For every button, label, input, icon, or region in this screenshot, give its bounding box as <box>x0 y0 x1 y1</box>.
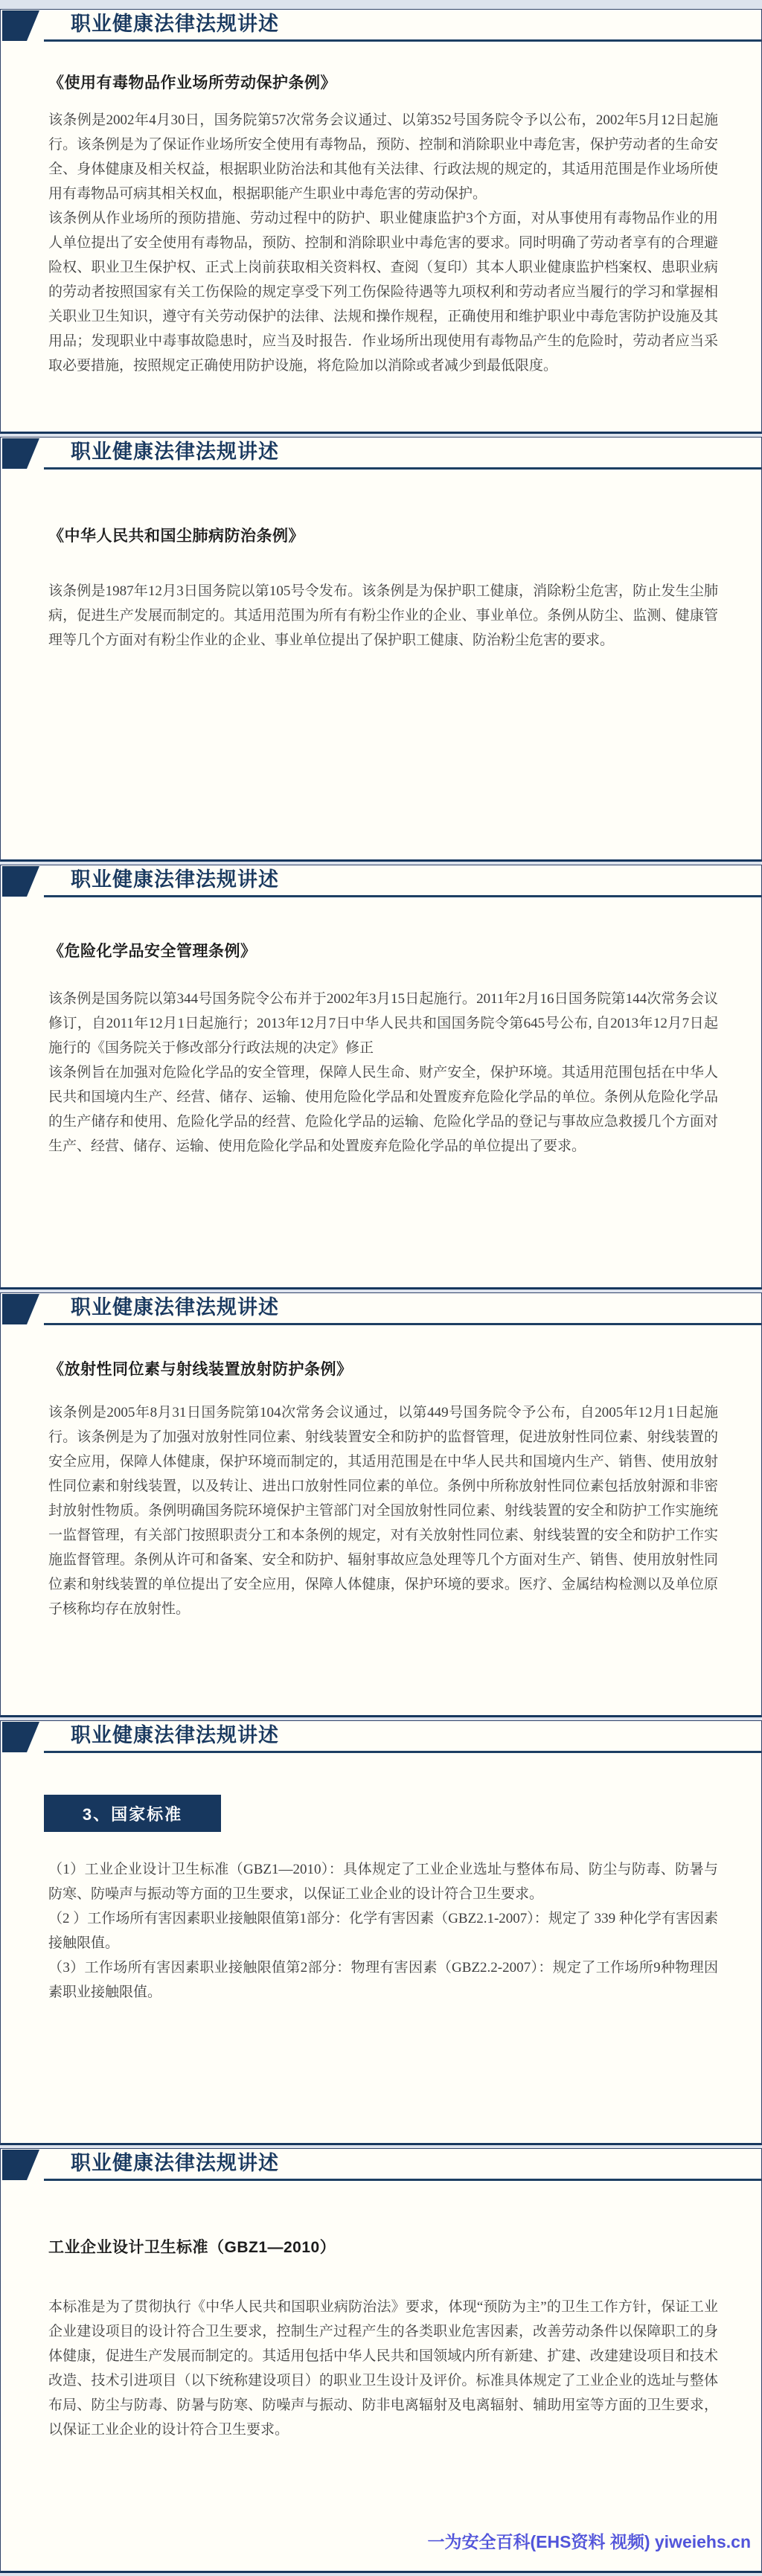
slide-3-header: 职业健康法律法规讲述 <box>1 865 761 898</box>
slide-5-header: 职业健康法律法规讲述 <box>1 1721 761 1754</box>
slides-column: 职业健康法律法规讲述 《使用有毒物品作业场所劳动保护条例》 该条例是2002年4… <box>0 9 762 2573</box>
slide-2-card: 职业健康法律法规讲述 《中华人民共和国尘肺病防治条例》 该条例是1987年12月… <box>0 437 762 862</box>
slide-6-header: 职业健康法律法规讲述 <box>1 2149 761 2182</box>
header-accent-shape <box>2 1294 39 1324</box>
slide-5-body: 3、国家标准 （1）工业企业设计卫生标准（GBZ1—2010）：具体规定了工业企… <box>1 1795 761 2005</box>
doc-paragraph: 该条例是国务院以第344号国务院令公布并于2002年3月15日起施行。2011年… <box>48 987 718 1060</box>
slide-4-header: 职业健康法律法规讲述 <box>1 1293 761 1326</box>
header-rule <box>44 1323 761 1325</box>
slide-3-card: 职业健康法律法规讲述 《危险化学品安全管理条例》 该条例是国务院以第344号国务… <box>0 865 762 1289</box>
slide-2-header: 职业健康法律法规讲述 <box>1 438 761 470</box>
header-rule <box>44 895 761 897</box>
slide-5-card: 职业健康法律法规讲述 3、国家标准 （1）工业企业设计卫生标准（GBZ1—201… <box>0 1720 762 2145</box>
slide-header-title: 职业健康法律法规讲述 <box>71 1295 279 1321</box>
doc-paragraph: 该条例是1987年12月3日国务院以第105号令发布。该条例是为保护职工健康，消… <box>48 579 718 653</box>
slide-3-body: 《危险化学品安全管理条例》 该条例是国务院以第344号国务院令公布并于2002年… <box>1 939 761 1159</box>
doc-paragraph: 该条例是2002年4月30日，国务院第57次常务会议通过、以第352号国务院令予… <box>48 108 718 206</box>
header-accent-shape <box>2 2150 39 2180</box>
header-accent-shape <box>2 10 39 41</box>
header-accent-shape <box>2 866 39 897</box>
slide-4-body: 《放射性同位素与射线装置放射防护条例》 该条例是2005年8月31日国务院第10… <box>1 1357 761 1621</box>
slide-6-body: 工业企业设计卫生标准（GBZ1—2010） 本标准是为了贯彻执行《中华人民共和国… <box>1 2235 761 2442</box>
header-accent-shape <box>2 438 39 469</box>
header-rule <box>44 1751 761 1753</box>
header-rule <box>44 2179 761 2181</box>
slide-header-title: 职业健康法律法规讲述 <box>71 1723 279 1749</box>
slide-2-body: 《中华人民共和国尘肺病防治条例》 该条例是1987年12月3日国务院以第105号… <box>1 524 761 653</box>
watermark-credit: 一为安全百科(EHS资料 视频) yiweiehs.cn <box>427 2528 751 2553</box>
list-item: （1）工业企业设计卫生标准（GBZ1—2010）：具体规定了工业企业选址与整体布… <box>48 1857 718 1906</box>
slide-1-card: 职业健康法律法规讲述 《使用有毒物品作业场所劳动保护条例》 该条例是2002年4… <box>0 9 762 434</box>
slide-header-title: 职业健康法律法规讲述 <box>71 12 279 37</box>
header-accent-shape <box>2 1722 39 1752</box>
slide-header-title: 职业健康法律法规讲述 <box>71 868 279 893</box>
header-rule <box>44 39 761 42</box>
doc-title: 《放射性同位素与射线装置放射防护条例》 <box>48 1357 718 1380</box>
slide-4-card: 职业健康法律法规讲述 《放射性同位素与射线装置放射防护条例》 该条例是2005年… <box>0 1292 762 1717</box>
doc-title: 《使用有毒物品作业场所劳动保护条例》 <box>48 71 718 93</box>
doc-paragraph: 该条例从作业场所的预防措施、劳动过程中的防护、职业健康监护3个方面，对从事使用有… <box>48 206 718 378</box>
list-item: （3）工作场所有害因素职业接触限值第2部分：物理有害因素（GBZ2.2-2007… <box>48 1955 718 2005</box>
slide-1-header: 职业健康法律法规讲述 <box>1 10 761 42</box>
header-rule <box>44 467 761 470</box>
slide-header-title: 职业健康法律法规讲述 <box>71 2151 279 2176</box>
slide-6-card: 职业健康法律法规讲述 工业企业设计卫生标准（GBZ1—2010） 本标准是为了贯… <box>0 2148 762 2573</box>
list-item: （2 ）工作场所有害因素职业接触限值第1部分：化学有害因素（GBZ2.1-200… <box>48 1906 718 1955</box>
doc-title: 《危险化学品安全管理条例》 <box>48 939 718 961</box>
doc-paragraph: 本标准是为了贯彻执行《中华人民共和国职业病防治法》要求，体现“预防为主”的卫生工… <box>48 2295 718 2442</box>
doc-title: 《中华人民共和国尘肺病防治条例》 <box>48 524 718 546</box>
doc-paragraph: 该条例是2005年8月31日国务院第104次常务会议通过，以第449号国务院令予… <box>48 1400 718 1621</box>
slide-header-title: 职业健康法律法规讲述 <box>71 440 279 465</box>
slide-1-body: 《使用有毒物品作业场所劳动保护条例》 该条例是2002年4月30日，国务院第57… <box>1 71 761 378</box>
doc-paragraph: 该条例旨在加强对危险化学品的安全管理，保障人民生命、财产安全，保护环境。其适用范… <box>48 1060 718 1159</box>
doc-title: 工业企业设计卫生标准（GBZ1—2010） <box>48 2235 718 2258</box>
section-badge: 3、国家标准 <box>44 1795 221 1832</box>
